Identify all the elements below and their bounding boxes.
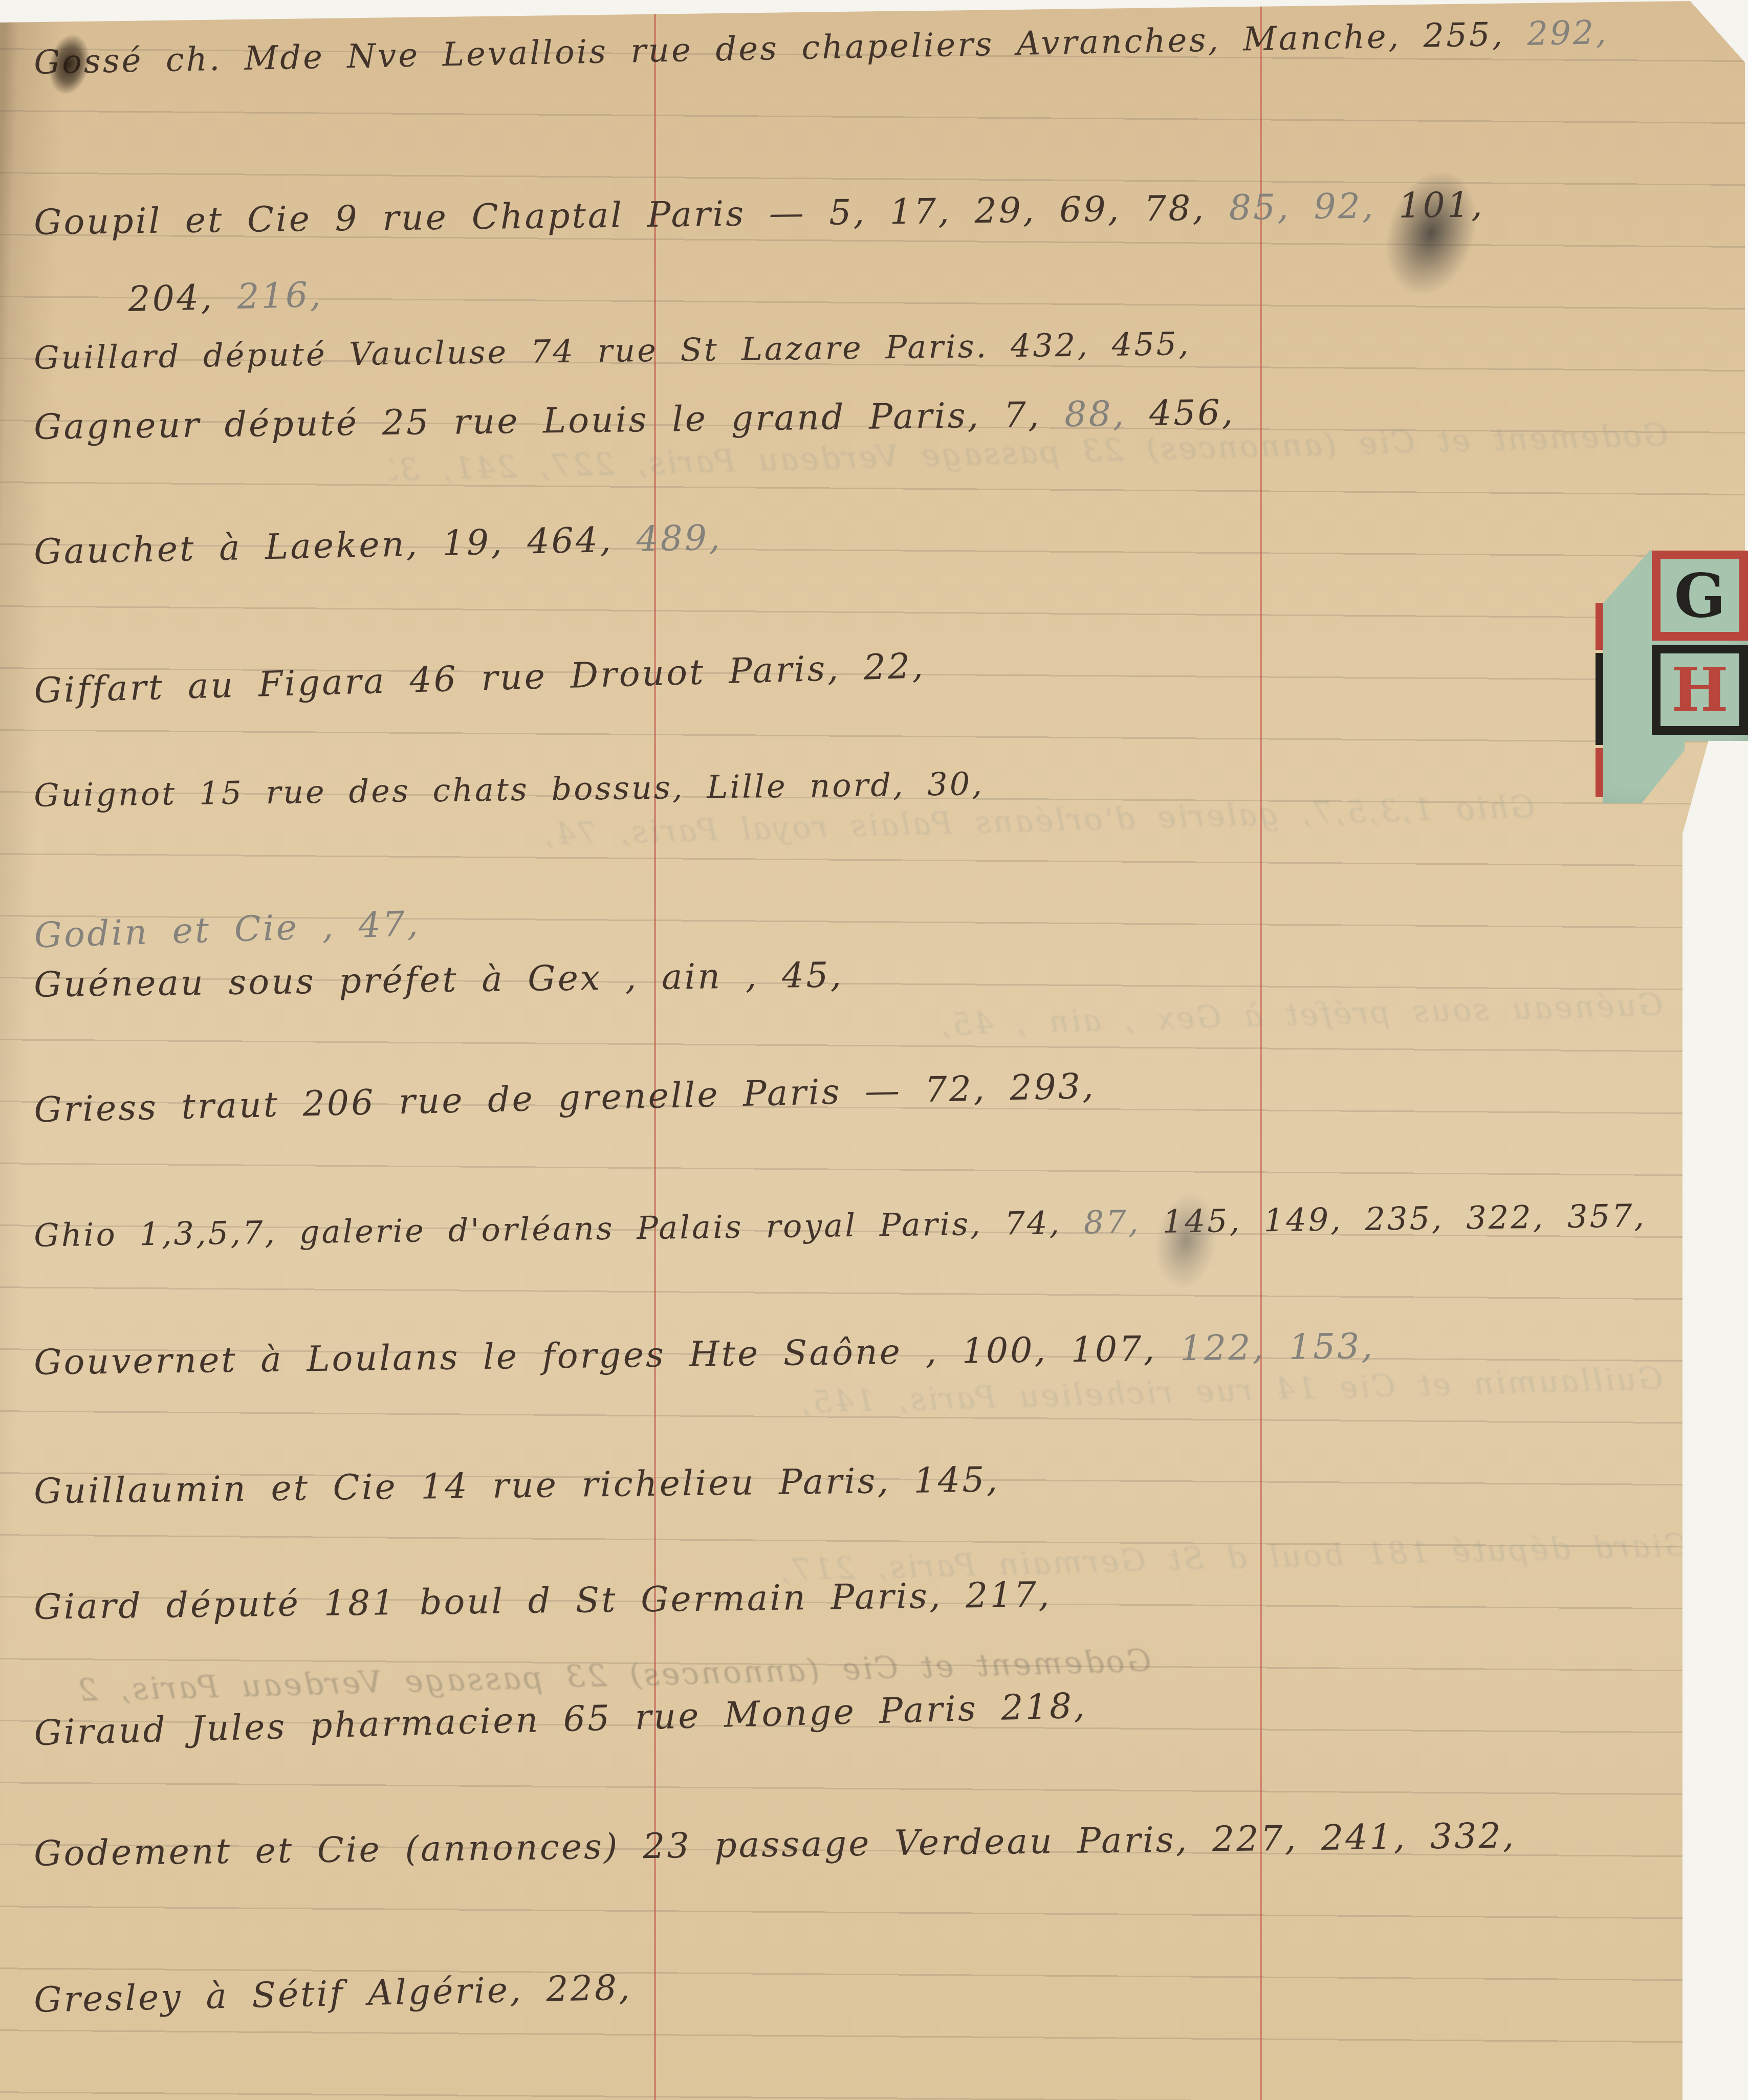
entry-ink-text: Goupil et Cie 9 rue Chaptal Paris — 5, 1… (34, 188, 1206, 243)
tab-edge-bar-red (1596, 748, 1603, 797)
entry-pencil-text: 292, (1504, 14, 1608, 54)
tab-letter-box-h: H (1652, 645, 1748, 735)
entry-ink-text: Ghio 1,3,5,7, galerie d'orléans Palais r… (34, 1204, 1062, 1254)
alphabet-tab-g-h: G H (1594, 546, 1748, 805)
entry-pencil-text: 216, (213, 275, 323, 318)
ledger-entry-goupil: Goupil et Cie 9 rue Chaptal Paris — 5, 1… (34, 180, 1682, 245)
ledger-entry-guillaumin: Guillaumin et Cie 14 rue richelieu Paris… (34, 1449, 1682, 1514)
entry-ink-text: Giffart au Figara 46 rue Drouot Paris, 2… (34, 646, 926, 711)
ledger-entry-gresley: Gresley à Sétif Algérie, 228, (33, 1943, 1681, 2022)
entry-pencil-text: 88, (1041, 394, 1126, 435)
entry-ink-text: Griess traut 206 rue de grenelle Paris —… (34, 1066, 1096, 1130)
ledger-entry-gouvernet: Gouvernet à Loulans le forges Hte Saône … (34, 1320, 1682, 1385)
entry-ink-text: Gagneur député 25 rue Louis le grand Par… (34, 395, 1042, 448)
entry-ink-text: Gouvernet à Loulans le forges Hte Saône … (34, 1329, 1157, 1383)
entry-pencil-text: 85, 92, (1206, 186, 1375, 229)
entry-pencil-text: 122, 153, (1156, 1326, 1375, 1369)
red-margin-line-left (654, 0, 656, 2100)
ledger-entry-godin: Godin et Cie , 47, (33, 862, 1681, 958)
entry-ink-text: 145, 149, 235, 322, 357, (1140, 1197, 1647, 1240)
ledger-entry-gosse: Gossé ch. Mde Nve Levallois rue des chap… (34, 11, 1682, 84)
tab-edge-bar-black (1596, 653, 1603, 745)
entry-pencil-text: 489, (613, 518, 723, 560)
entry-ink-text: Guillard député Vaucluse 74 rue St Lazar… (34, 325, 1191, 377)
ledger-entry-gauchet: Gauchet à Laeken, 19, 464, 489, (33, 495, 1681, 574)
ledger-entry-ghio: Ghio 1,3,5,7, galerie d'orléans Palais r… (34, 1195, 1682, 1256)
ledger-entry-giard: Giard député 181 boul d St Germain Paris… (34, 1565, 1682, 1629)
entry-ink-text: Giard député 181 boul d St Germain Paris… (34, 1574, 1052, 1627)
ledger-entry-goupil-continuation: 204, 216, (127, 239, 1681, 322)
tab-letter-g: G (1674, 565, 1726, 626)
tab-letter-h: H (1671, 660, 1729, 720)
entry-ink-text: 204, (127, 277, 214, 320)
ruled-paper-sheet: Godement et Cie (annonces) 23 passage Ve… (0, 0, 1748, 2100)
entry-pencil-text: Godin et Cie , 47, (34, 904, 421, 956)
ledger-entry-griess-traut: Griess traut 206 rue de grenelle Paris —… (33, 1051, 1681, 1132)
entry-ink-text: Guillaumin et Cie 14 rue richelieu Paris… (34, 1460, 1000, 1512)
scanned-ledger-page: { "colors": { "ink": "#42342a", "pencil"… (0, 0, 1748, 2100)
entry-ink-text: Giraud Jules pharmacien 65 rue Monge Par… (34, 1686, 1087, 1754)
ledger-entry-giffart: Giffart au Figara 46 rue Drouot Paris, 2… (33, 623, 1681, 713)
tab-letter-box-g: G (1652, 551, 1748, 641)
entry-ink-text: 456, (1126, 392, 1235, 434)
ledger-entry-guignot: Guignot 15 rue des chats bossus, Lille n… (34, 755, 1682, 816)
entry-ink-text: Guignot 15 rue des chats bossus, Lille n… (34, 765, 985, 814)
ledger-entry-gueneau: Guéneau sous préfet à Gex , ain , 45, (34, 943, 1682, 1007)
red-margin-line-right (1260, 0, 1262, 2100)
entry-ink-text: 101, (1375, 185, 1484, 227)
entry-ink-text: Gauchet à Laeken, 19, 464, (34, 520, 614, 573)
entry-pencil-text: 87, (1061, 1203, 1141, 1241)
entry-ink-text: Gresley à Sétif Algérie, 228, (34, 1967, 632, 2020)
tab-edge-bar-red (1596, 603, 1603, 650)
entry-ink-text: Guéneau sous préfet à Gex , ain , 45, (34, 955, 844, 1005)
ledger-entry-guillard: Guillard député Vaucluse 74 rue St Lazar… (34, 317, 1682, 378)
ledger-entry-godement: Godement et Cie (annonces) 23 passage Ve… (34, 1811, 1682, 1876)
ledger-entry-giraud: Giraud Jules pharmacien 65 rue Monge Par… (33, 1668, 1681, 1756)
entry-ink-text: Gossé ch. Mde Nve Levallois rue des chap… (34, 16, 1505, 82)
entry-ink-text: Godement et Cie (annonces) 23 passage Ve… (34, 1815, 1516, 1874)
ledger-entry-gagneur: Gagneur député 25 rue Louis le grand Par… (34, 385, 1682, 449)
